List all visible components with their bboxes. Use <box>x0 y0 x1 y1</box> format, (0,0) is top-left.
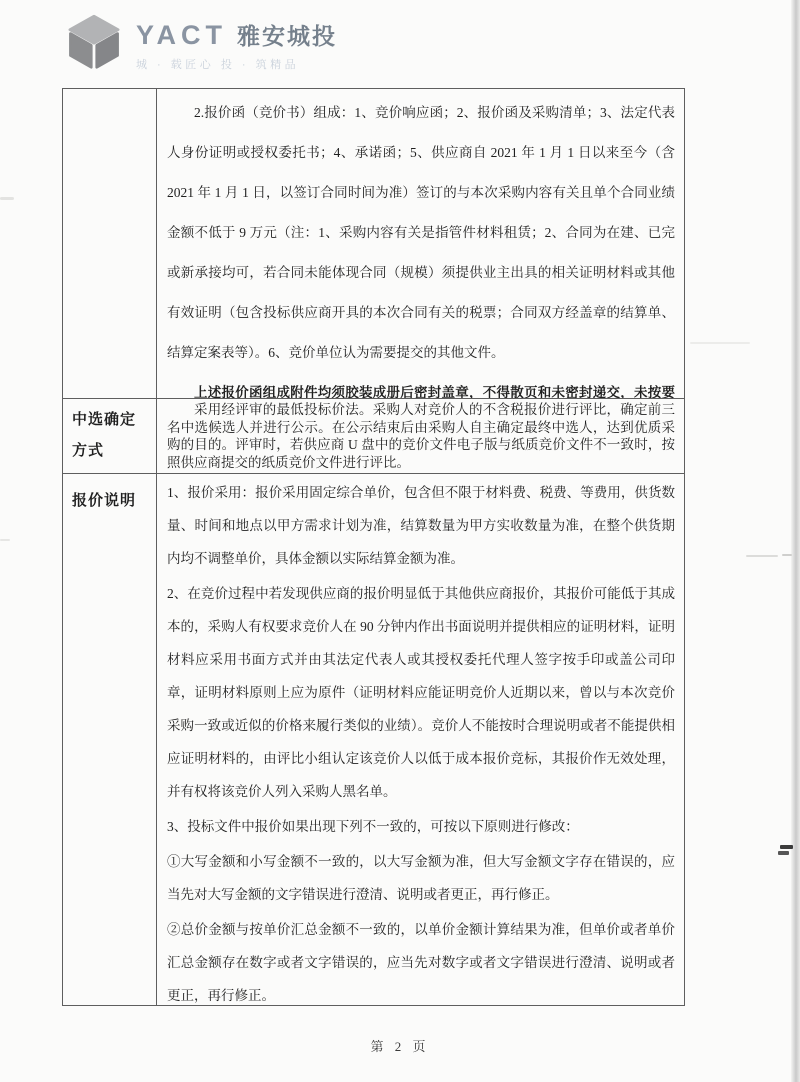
scan-smudge <box>690 342 750 344</box>
bid-document-table: 2.报价函（竞价书）组成：1、竞价响应函；2、报价函及采购清单；3、法定代表人身… <box>62 88 685 1006</box>
quotation-note-paragraph-2: 2、在竞价过程中若发现供应商的报价明显低于其他供应商报价，其报价可能低于其成本的… <box>167 577 675 808</box>
logo-text-block: YACT 雅安城投 城 · 载匠心 投 · 筑精品 <box>136 10 337 72</box>
scan-smudge <box>782 554 792 556</box>
scan-smudge <box>0 539 10 541</box>
scan-smudge <box>746 555 778 557</box>
scan-ink-mark <box>778 851 789 855</box>
scan-smudge <box>0 197 14 200</box>
scan-ink-mark <box>780 845 793 849</box>
row-label-quotation-note: 报价说明 <box>63 474 157 1005</box>
quotation-note-paragraph-1: 1、报价采用：报价采用固定综合单价，包含但不限于材料费、税费、等费用，供货数量、… <box>167 476 675 575</box>
row-label-empty <box>63 89 157 398</box>
page-number: 第 2 页 <box>0 1036 800 1055</box>
quotation-note-paragraph-4: ①大写金额和小写金额不一致的，以大写金额为准，但大写金额文字存在错误的，应当先对… <box>167 845 675 911</box>
table-row-quotation-composition: 2.报价函（竞价书）组成：1、竞价响应函；2、报价函及采购清单；3、法定代表人身… <box>63 89 684 399</box>
row-content-quotation-note: 1、报价采用：报价采用固定综合单价，包含但不限于材料费、税费、等费用，供货数量、… <box>157 474 684 1005</box>
quotation-note-paragraph-3: 3、投标文件中报价如果出现下列不一致的，可按以下原则进行修改： <box>167 810 675 843</box>
scan-page-edge <box>791 0 800 1082</box>
logo-latin-name: YACT <box>136 20 227 51</box>
row-label-selection-method: 中选确定方式 <box>63 399 157 473</box>
company-logo: YACT 雅安城投 城 · 载匠心 投 · 筑精品 <box>66 10 337 72</box>
quotation-note-paragraph-5: ②总价金额与按单价汇总金额不一致的，以单价金额计算结果为准，但单价或者单价汇总金… <box>167 913 675 1005</box>
selection-method-paragraph: 采用经评审的最低投标价法。采购人对竞价人的不含税报价进行评比，确定前三名中选候选… <box>167 401 675 471</box>
quotation-composition-paragraph: 2.报价函（竞价书）组成：1、竞价响应函；2、报价函及采购清单；3、法定代表人身… <box>167 93 675 373</box>
binding-seal-requirement-paragraph: 上述报价函组成附件均须胶装成册后密封盖章，不得散页和未密封递交，未按要求胶装密封… <box>167 377 675 398</box>
logo-chinese-name: 雅安城投 <box>237 18 337 51</box>
cube-logo-icon <box>66 12 122 72</box>
table-row-selection-method: 中选确定方式 采用经评审的最低投标价法。采购人对竞价人的不含税报价进行评比，确定… <box>63 399 684 474</box>
logo-tagline: 城 · 载匠心 投 · 筑精品 <box>136 56 337 72</box>
row-content-selection-method: 采用经评审的最低投标价法。采购人对竞价人的不含税报价进行评比，确定前三名中选候选… <box>157 399 684 473</box>
document-page: YACT 雅安城投 城 · 载匠心 投 · 筑精品 2.报价函（竞价书）组成：1… <box>0 0 800 1082</box>
row-content-quotation-composition: 2.报价函（竞价书）组成：1、竞价响应函；2、报价函及采购清单；3、法定代表人身… <box>157 89 684 398</box>
table-row-quotation-note: 报价说明 1、报价采用：报价采用固定综合单价，包含但不限于材料费、税费、等费用，… <box>63 474 684 1005</box>
